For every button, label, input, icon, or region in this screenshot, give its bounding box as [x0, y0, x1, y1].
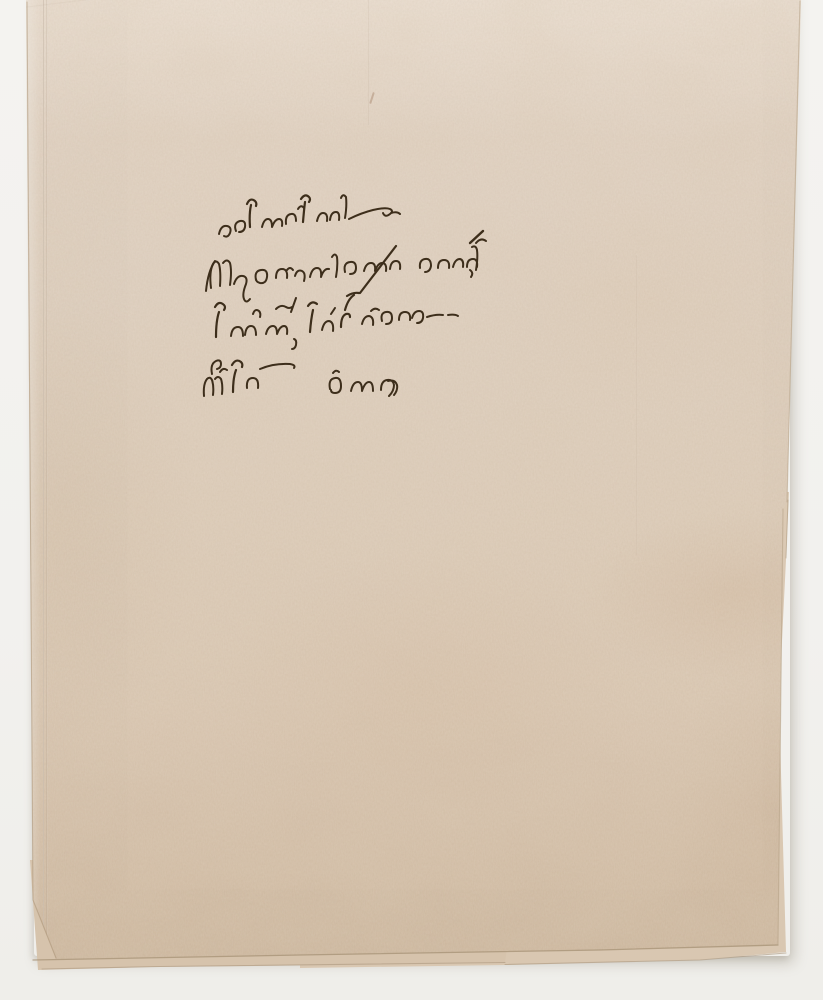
- handwriting-line-4: [204, 360, 397, 396]
- handwriting-line-3: [215, 293, 458, 349]
- handwriting-line-2: [206, 231, 486, 302]
- sheet-edge-lines: [27, 1, 800, 969]
- ink-overlay: [0, 0, 823, 1000]
- handwritten-note: [204, 195, 486, 396]
- scanned-page-photo: [0, 0, 823, 1000]
- handwriting-line-1: [219, 195, 400, 236]
